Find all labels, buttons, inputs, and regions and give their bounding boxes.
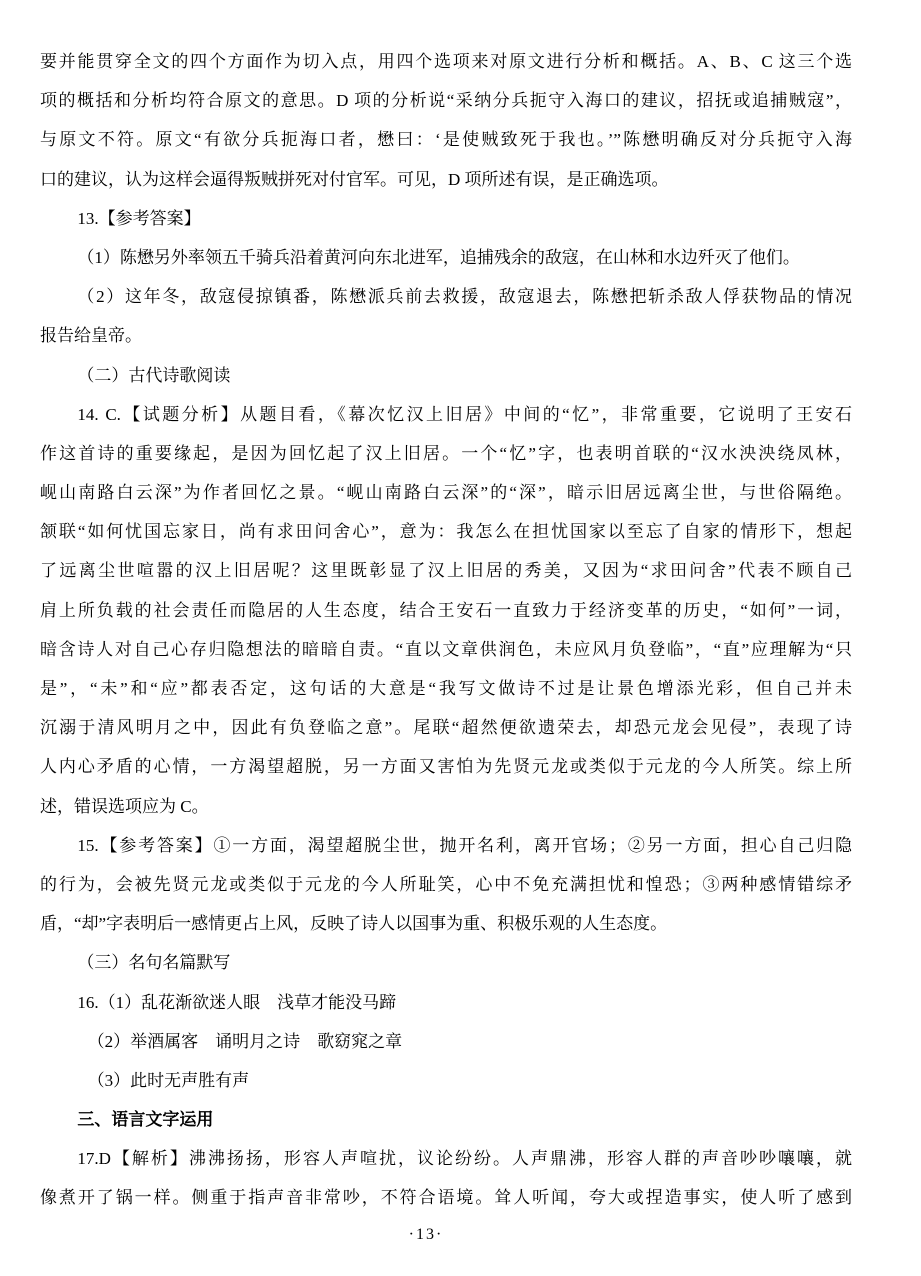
answer-key-text: 要并能贯穿全文的四个方面作为切入点，用四个选项来对原文进行分析和概括。A、B、C… xyxy=(40,42,852,1218)
text-line: 述，错误选项应为 C。 xyxy=(40,787,852,826)
text-line: 与原文不符。原文“有欲分兵扼海口者，懋曰：‘是使贼致死于我也。’”陈懋明确反对分… xyxy=(40,120,852,159)
text-line: 16.（1）乱花渐欲迷人眼 浅草才能没马蹄 xyxy=(40,983,852,1022)
text-line: 三、语言文字运用 xyxy=(40,1100,852,1139)
text-line: 暗含诗人对自己心存归隐想法的暗暗自责。“直以文章供润色，未应风月负登临”，“直”… xyxy=(40,630,852,669)
text-line: 的行为，会被先贤元龙或类似于元龙的今人所耻笑，心中不免充满担忧和惶恐；③两种感情… xyxy=(40,865,852,904)
text-line: 是”，“未”和“应”都表否定，这句话的大意是“我写文做诗不过是让景色增添光彩，但… xyxy=(40,669,852,708)
text-line: 颔联“如何忧国忘家日，尚有求田问舍心”，意为：我怎么在担忧国家以至忘了自家的情形… xyxy=(40,512,852,551)
text-line: 项的概括和分析均符合原文的意思。D 项的分析说“采纳分兵扼守入海口的建议，招抚或… xyxy=(40,81,852,120)
text-line: 17.D【解析】沸沸扬扬，形容人声喧扰，议论纷纷。人声鼎沸，形容人群的声音吵吵嚷… xyxy=(40,1139,852,1178)
text-line: 15.【参考答案】①一方面，渴望超脱尘世，抛开名利，离开官场；②另一方面，担心自… xyxy=(40,826,852,865)
text-line: 肩上所负载的社会责任而隐居的人生态度，结合王安石一直致力于经济变革的历史，“如何… xyxy=(40,591,852,630)
text-line: （2）举酒属客 诵明月之诗 歌窈窕之章 xyxy=(40,1022,852,1061)
text-line: 口的建议，认为这样会逼得叛贼拼死对付官军。可见，D 项所述有误，是正确选项。 xyxy=(40,160,852,199)
text-line: 作这首诗的重要缘起，是因为回忆起了汉上旧居。一个“忆”字，也表明首联的“汉水泱泱… xyxy=(40,434,852,473)
text-line: 了远离尘世喧嚣的汉上旧居呢？这里既彰显了汉上旧居的秀美，又因为“求田问舍”代表不… xyxy=(40,551,852,590)
text-line: 13.【参考答案】 xyxy=(40,199,852,238)
text-line: 14. C.【试题分析】从题目看，《幕次忆汉上旧居》中间的“忆”，非常重要，它说… xyxy=(40,395,852,434)
text-line: 人内心矛盾的心情，一方渴望超脱，另一方面又害怕为先贤元龙或类似于元龙的今人所笑。… xyxy=(40,747,852,786)
text-line: 报告给皇帝。 xyxy=(40,316,852,355)
text-line: （三）名句名篇默写 xyxy=(40,943,852,982)
text-line: （2）这年冬，敌寇侵掠镇番，陈懋派兵前去救援，敌寇退去，陈懋把斩杀敌人俘获物品的… xyxy=(40,277,852,316)
text-line: 岘山南路白云深”为作者回忆之景。“岘山南路白云深”的“深”，暗示旧居远离尘世，与… xyxy=(40,473,852,512)
text-line: 像煮开了锅一样。侧重于指声音非常吵，不符合语境。耸人听闻，夸大或捏造事实，使人听… xyxy=(40,1178,852,1217)
text-line: 要并能贯穿全文的四个方面作为切入点，用四个选项来对原文进行分析和概括。A、B、C… xyxy=(40,42,852,81)
page-number: ·13· xyxy=(409,1226,444,1243)
text-line: （3）此时无声胜有声 xyxy=(40,1061,852,1100)
text-line: （二）古代诗歌阅读 xyxy=(40,356,852,395)
document-page: 要并能贯穿全文的四个方面作为切入点，用四个选项来对原文进行分析和概括。A、B、C… xyxy=(0,0,921,1276)
text-line: 沉溺于清风明月之中，因此有负登临之意”。尾联“超然便欲遗荣去，却恐元龙会见侵”，… xyxy=(40,708,852,747)
page-footer: ·13· xyxy=(40,1226,852,1244)
text-line: （1）陈懋另外率领五千骑兵沿着黄河向东北进军，追捕残余的敌寇，在山林和水边歼灭了… xyxy=(40,238,852,277)
text-line: 盾，“却”字表明后一感情更占上风，反映了诗人以国事为重、积极乐观的人生态度。 xyxy=(40,904,852,943)
